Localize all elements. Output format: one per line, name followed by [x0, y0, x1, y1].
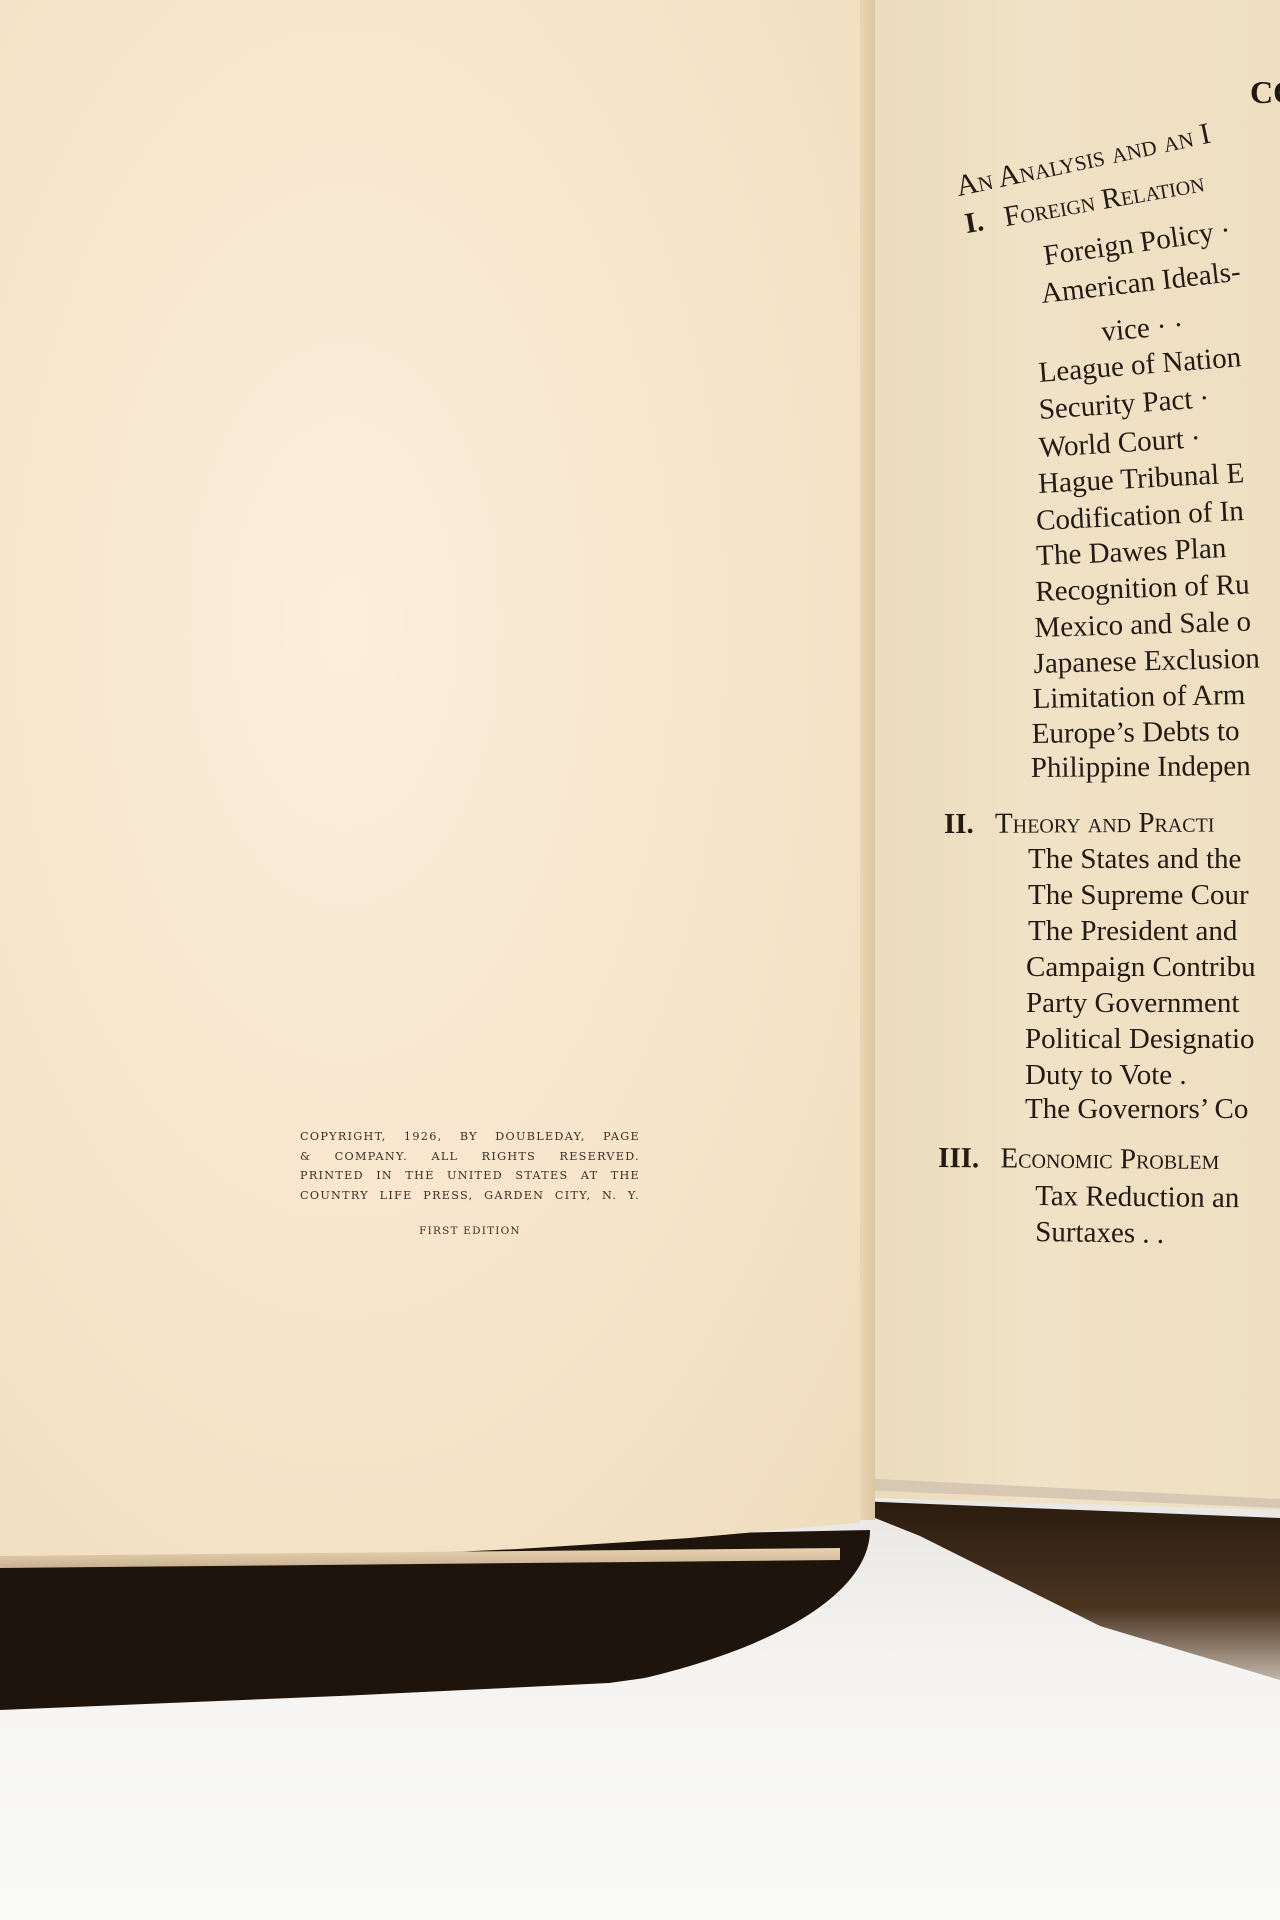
table-of-contents: CO An Analysis and an I I. Foreign Relat…	[0, 0, 1280, 1500]
toc-section: II. Theory and Practi	[944, 807, 1215, 841]
toc-entry: Party Government	[1026, 987, 1239, 1020]
toc-entry: Tax Reduction an	[1035, 1180, 1239, 1215]
toc-entry: Japanese Exclusion	[1033, 642, 1260, 681]
toc-entry: Duty to Vote .	[1025, 1059, 1187, 1092]
toc-entry: Limitation of Arm	[1032, 679, 1245, 716]
toc-entry: Mexico and Sale o	[1034, 606, 1252, 645]
toc-entry: Europe’s Debts to	[1032, 715, 1240, 751]
section-title: Theory and Practi	[995, 807, 1215, 840]
toc-entry: The Dawes Plan	[1036, 532, 1227, 573]
toc-entry: Codification of In	[1035, 495, 1244, 538]
section-title: Economic Problem	[1000, 1142, 1219, 1176]
toc-entry: World Court ·	[1038, 422, 1202, 465]
section-number: II.	[944, 808, 974, 840]
toc-entry: The President and	[1028, 915, 1237, 948]
toc-entry: The Supreme Cour	[1028, 879, 1249, 912]
toc-entry: Recognition of Ru	[1035, 569, 1250, 609]
section-number: I.	[962, 205, 986, 240]
toc-entry: Philippine Indepen	[1031, 750, 1251, 785]
toc-entry: Hague Tribunal E	[1037, 457, 1245, 501]
toc-entry: Campaign Contribu	[1026, 951, 1256, 984]
section-number: III.	[938, 1142, 979, 1174]
toc-entry: Political Designatio	[1025, 1023, 1255, 1056]
toc-entry: The Governors’ Co	[1025, 1093, 1248, 1126]
toc-entry: Security Pact ·	[1038, 382, 1211, 427]
toc-section: III. Economic Problem	[938, 1142, 1219, 1177]
toc-entry: Surtaxes . .	[1035, 1216, 1164, 1251]
toc-entry: vice · ·	[1100, 309, 1185, 349]
contents-title: CO	[1250, 74, 1280, 111]
toc-entry: The States and the	[1028, 843, 1241, 876]
toc-entry: League of Nation	[1037, 341, 1242, 390]
